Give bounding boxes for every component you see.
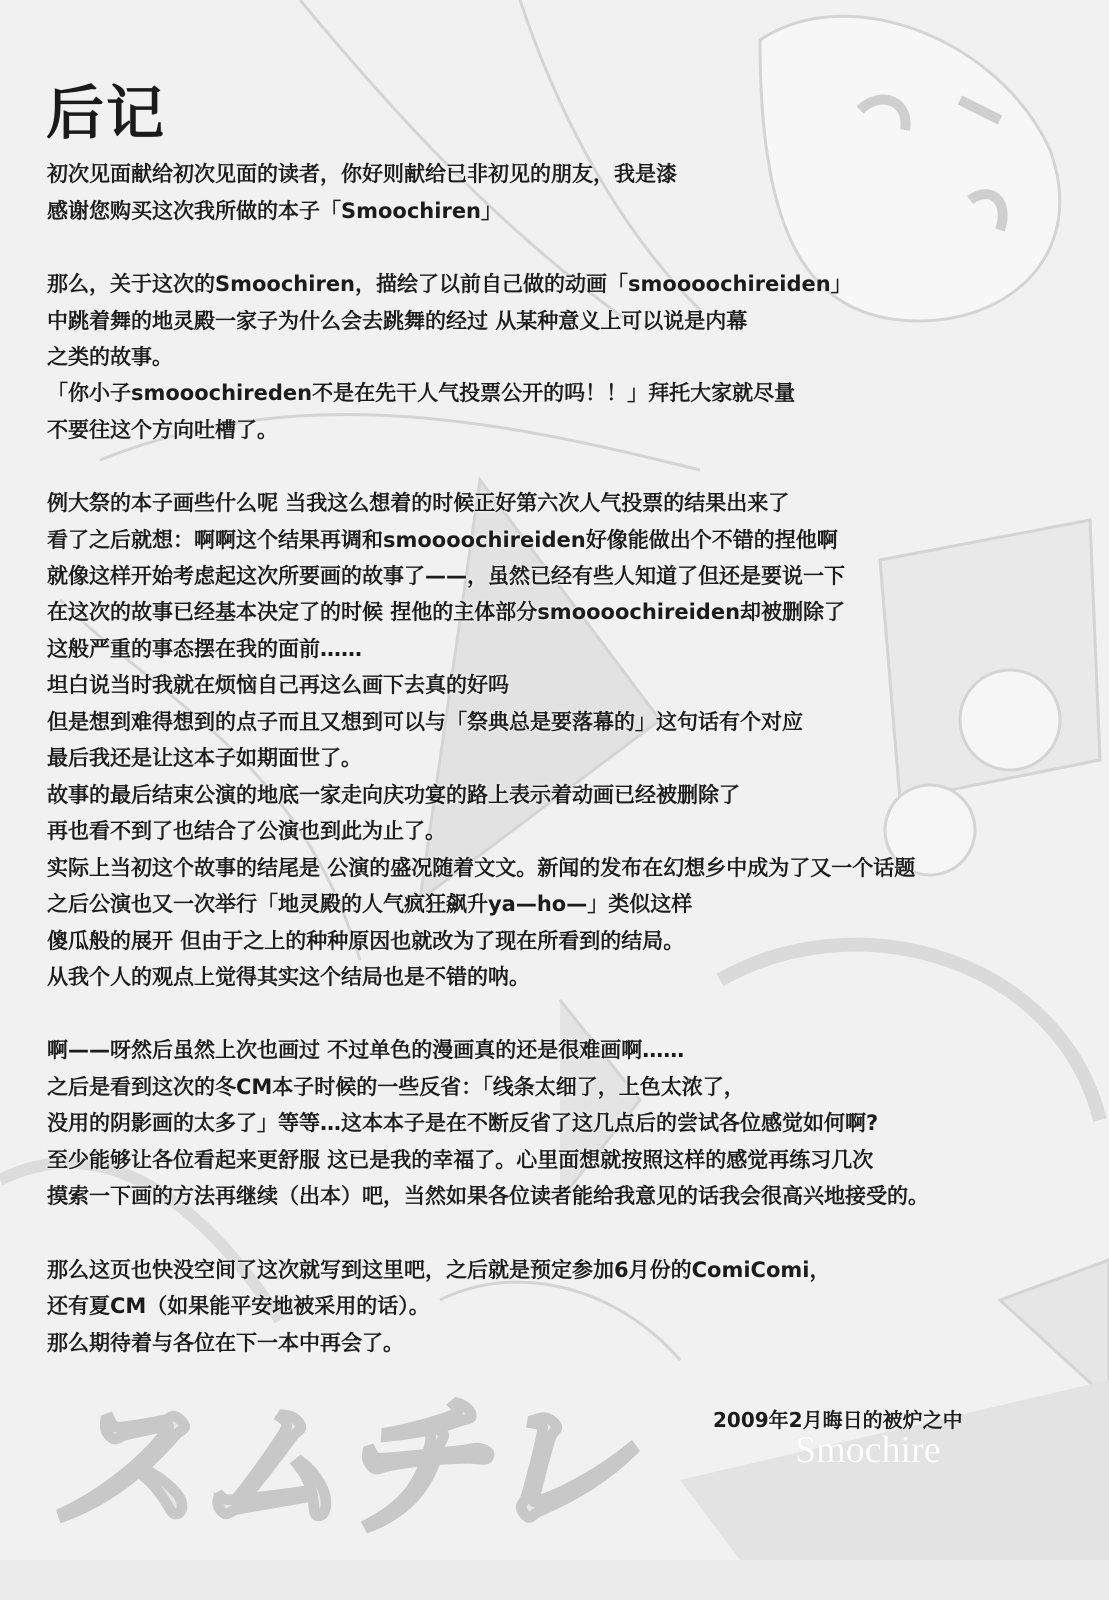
text-line: 啊——呀然后虽然上次也画过 不过单色的漫画真的还是很难画啊…… — [47, 1036, 684, 1064]
text-line: 故事的最后结束公演的地底一家走向庆功宴的路上表示着动画已经被删除了 — [47, 781, 740, 809]
text-line: 就像这样开始考虑起这次所要画的故事了——，虽然已经有些人知道了但还是要说一下 — [47, 562, 845, 590]
text-line: 还有夏CM（如果能平安地被采用的话）。 — [47, 1292, 430, 1320]
text-line: 坦白说当时我就在烦恼自己再这么画下去真的好吗 — [47, 671, 509, 699]
text-line: 之后公演也又一次举行「地灵殿的人气疯狂飙升ya—ho—」类似这样 — [47, 890, 692, 918]
text-line: 之类的故事。 — [47, 343, 173, 371]
text-line: 没用的阴影画的太多了」等等…这本本子是在不断反省了这几点后的尝试各位感觉如何啊? — [47, 1109, 878, 1137]
text-line: 最后我还是让这本子如期面世了。 — [47, 744, 362, 772]
logo-wordmark: スムチレ — [48, 1378, 626, 1558]
text-line: 感谢您购买这次我所做的本子「Smoochiren」 — [47, 197, 502, 225]
text-line: 看了之后就想：啊啊这个结果再调和smoooochireiden好像能做出个不错的… — [47, 526, 838, 554]
text-line: 摸索一下画的方法再继续（出本）吧，当然如果各位读者能给我意见的话我会很高兴地接受… — [47, 1182, 929, 1210]
text-line: 再也看不到了也结合了公演也到此为止了。 — [47, 817, 446, 845]
text-line: 「你小子smooochireden不是在先干人气投票公开的吗！！」拜托大家就尽量 — [47, 379, 795, 407]
afterword-page: 后记 初次见面献给初次见面的读者，你好则献给已非初见的朋友，我是漆 感谢您购买这… — [0, 0, 1109, 1600]
text-line: 那么，关于这次的Smoochiren，描绘了以前自己做的动画「smoooochi… — [47, 270, 852, 298]
text-line: 实际上当初这个故事的结尾是 公演的盛况随着文文。新闻的发布在幻想乡中成为了又一个… — [47, 854, 915, 882]
text-line: 之后是看到这次的冬CM本子时候的一些反省：「线条太细了，上色太浓了， — [47, 1073, 745, 1101]
text-line: 中跳着舞的地灵殿一家子为什么会去跳舞的经过 从某种意义上可以说是内幕 — [47, 307, 747, 335]
text-line: 从我个人的观点上觉得其实这个结局也是不错的呐。 — [47, 963, 530, 991]
text-line: 不要往这个方向吐槽了。 — [47, 416, 278, 444]
text-line: 例大祭的本子画些什么呢 当我这么想着的时候正好第六次人气投票的结果出来了 — [47, 489, 789, 517]
text-line: 那么这页也快没空间了这次就写到这里吧，之后就是预定参加6月份的ComiComi， — [47, 1256, 830, 1284]
text-line: 在这次的故事已经基本决定了的时候 捏他的主体部分smoooochireiden却… — [47, 598, 845, 626]
text-line: 但是想到难得想到的点子而且又想到可以与「祭典总是要落幕的」这句话有个对应 — [47, 708, 803, 736]
logo-subtitle: Smochire — [795, 1428, 941, 1472]
text-line: 傻瓜般的展开 但由于之上的种种原因也就改为了现在所看到的结局。 — [47, 927, 684, 955]
text-line: 初次见面献给初次见面的读者，你好则献给已非初见的朋友，我是漆 — [47, 160, 677, 188]
text-line: 至少能够让各位看起来更舒服 这已是我的幸福了。心里面想就按照这样的感觉再练习几次 — [47, 1146, 873, 1174]
text-line: 这般严重的事态摆在我的面前…… — [47, 635, 362, 663]
text-line: 那么期待着与各位在下一本中再会了。 — [47, 1329, 404, 1357]
page-title: 后记 — [46, 78, 166, 148]
